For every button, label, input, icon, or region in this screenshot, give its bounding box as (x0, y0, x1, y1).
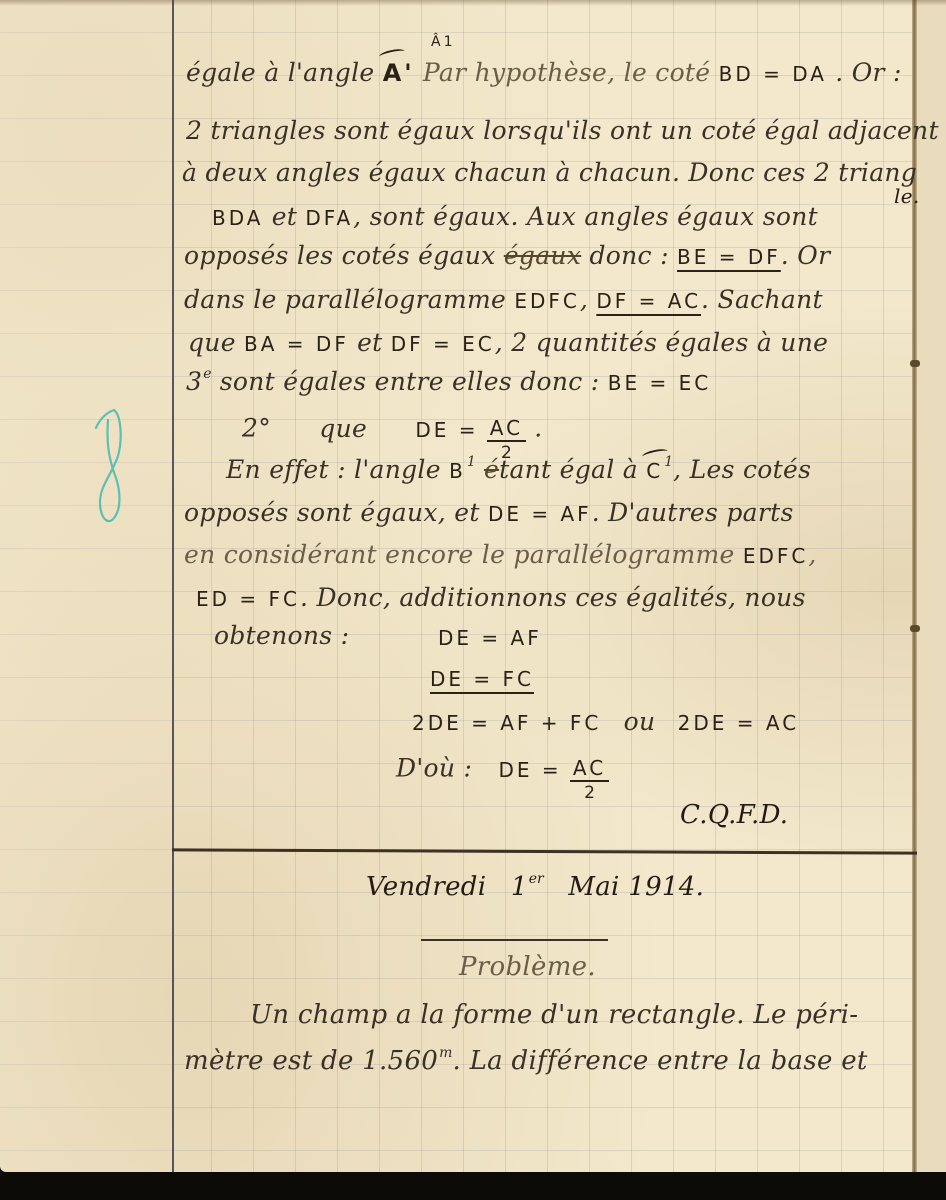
text-segment: D'où : (396, 754, 472, 783)
angle-mark: ' (404, 59, 414, 87)
explanation-line-2: opposés sont égaux, et DE = AF. D'autres… (184, 498, 794, 527)
unit-superscript: m (439, 1045, 452, 1061)
entry-date: Vendredi 1er Mai 1914. (366, 872, 704, 902)
angle-letter: C (646, 459, 663, 483)
proof-line-4: BDA et DFA, sont égaux. Aux angles égaux… (212, 202, 818, 231)
text-segment: donc : (581, 241, 677, 270)
problem-line-1: Un champ a la forme d'un rectangle. Le p… (250, 1000, 858, 1030)
text-segment: mètre est de (184, 1046, 362, 1076)
fraction-numerator: AC (570, 758, 609, 782)
proof-line-7: que BA = DF et DF = EC, 2 quantités égal… (188, 328, 828, 357)
math-expression-underlined: BE = DF (677, 245, 781, 269)
page-top-shadow (0, 0, 946, 6)
explanation-line-1: En effet : l'angle B1 étant égal à C1, L… (226, 455, 811, 484)
margin-ruling (0, 0, 173, 1172)
text-segment: En effet : l'angle (226, 455, 449, 484)
math-expression: BD = DA (719, 62, 827, 86)
superscript: 1 (467, 454, 476, 470)
text-segment: . La différence entre la base et (452, 1046, 867, 1076)
text-segment: , 2 quantités égales à une (495, 328, 828, 357)
fraction: AC2 (570, 758, 609, 802)
angle-annotation: Â1 (431, 34, 455, 50)
math-expression: BA = DF (244, 332, 349, 356)
binding-stitch (910, 625, 920, 632)
angle-letter: A (383, 59, 405, 87)
fraction-numerator: AC (487, 418, 526, 442)
date-underline (421, 939, 608, 941)
notebook-page: Â1 égale à l'angle A' Par hypothèse, le … (0, 0, 946, 1172)
text-segment: Par hypothèse, le coté (423, 58, 719, 87)
fraction-denominator: 2 (584, 782, 595, 802)
struck-letter: é (484, 455, 499, 484)
math-expression: 2DE = AF + FC (412, 711, 601, 735)
equation-3: 2DE = AF + FC ou 2DE = AC (412, 707, 799, 736)
equation-2: DE = FC (430, 667, 534, 691)
explanation-line-3: en considérant encore le parallélogramme… (184, 540, 817, 569)
text-segment: . Sachant (701, 285, 823, 314)
math-expression: ED = FC (196, 587, 300, 611)
text-segment: opposés les cotés égaux (184, 241, 504, 270)
text-segment: que (319, 414, 367, 443)
numeric-value: 1.560 (362, 1046, 438, 1076)
text-segment: sont égales entre elles donc : (212, 367, 608, 396)
text-segment: . Donc, additionnons ces égalités, nous (300, 583, 806, 612)
math-expression: EDFC (743, 544, 809, 568)
margin-rule-line (172, 0, 174, 1172)
proof-line-6: dans le parallélogramme EDFC, DF = AC. S… (184, 285, 823, 314)
text-segment: opposés sont égaux, et (184, 498, 488, 527)
text-segment: , Les cotés (673, 455, 811, 484)
math-expression: BE = EC (608, 371, 711, 395)
margin-grade-8-icon (78, 390, 138, 530)
second-claim: 2° que DE = AC2 . (242, 408, 543, 452)
text-segment: 3 (186, 367, 202, 396)
text-segment: et (263, 202, 305, 231)
problem-heading: Problème. (459, 952, 596, 982)
angle-letter: B (449, 459, 466, 483)
text-segment: en considérant encore le parallélogramme (184, 540, 743, 569)
math-expression-underlined: DF = AC (596, 289, 701, 313)
text-segment: ou (624, 707, 656, 736)
binding-stitch (910, 360, 920, 367)
proof-line-5: opposés les cotés égaux égaux donc : BE … (184, 241, 830, 270)
text-segment: , (808, 540, 816, 569)
text-segment: tant égal à (499, 455, 646, 484)
angle-symbol: A' (383, 59, 415, 87)
superscript: 1 (664, 454, 673, 470)
explanation-line-4: ED = FC. Donc, additionnons ces égalités… (196, 583, 806, 612)
math-expression: DE = (499, 758, 562, 782)
text-segment: , sont égaux. Aux angles égaux sont (353, 202, 818, 231)
struck-word: égaux (504, 241, 581, 270)
math-expression: DE = AF (488, 502, 592, 526)
text-segment: . D'autres parts (592, 498, 794, 527)
text-segment: . Or (781, 241, 831, 270)
proof-line-8: 3e sont égales entre elles donc : BE = E… (186, 367, 711, 396)
conclusion-line: D'où : DE = AC2 (396, 748, 609, 792)
text-segment: que (188, 328, 244, 357)
facing-page-edge (917, 0, 946, 1172)
proof-line-3: à deux angles égaux chacun à chacun. Don… (182, 158, 917, 187)
proof-line-3-overflow: le. (894, 184, 920, 208)
superscript: e (203, 366, 211, 382)
math-expression: 2DE = AC (678, 711, 800, 735)
text-segment: . (534, 414, 542, 443)
text-segment: . Or : (835, 58, 902, 87)
math-expression: BDA (212, 206, 263, 230)
equation-1: DE = AF (438, 626, 542, 650)
qed-mark: C.Q.F.D. (680, 800, 788, 830)
date-day: Vendredi (366, 872, 486, 902)
text-segment: à deux angles égaux chacun à chacun. Don… (182, 158, 917, 187)
math-expression: DFA (305, 206, 353, 230)
date-month-year: Mai 1914. (568, 872, 704, 902)
claim-number: 2° (242, 414, 271, 443)
proof-line-2: 2 triangles sont égaux lorsqu'ils ont un… (186, 116, 939, 145)
text-segment: et (349, 328, 391, 357)
math-expression: DF = EC (391, 332, 495, 356)
text-segment: égale à l'angle (186, 58, 383, 87)
math-expression: DE = (415, 418, 478, 442)
obtain-label: obtenons : (214, 621, 349, 650)
problem-line-2: mètre est de 1.560m. La différence entre… (184, 1046, 868, 1076)
text-segment: , (580, 285, 597, 314)
proof-line-1: égale à l'angle A' Par hypothèse, le cot… (186, 58, 902, 87)
date-number: 1 (511, 872, 528, 902)
text-segment: dans le parallélogramme (184, 285, 514, 314)
date-suffix: er (529, 871, 544, 887)
math-expression: EDFC (514, 289, 580, 313)
